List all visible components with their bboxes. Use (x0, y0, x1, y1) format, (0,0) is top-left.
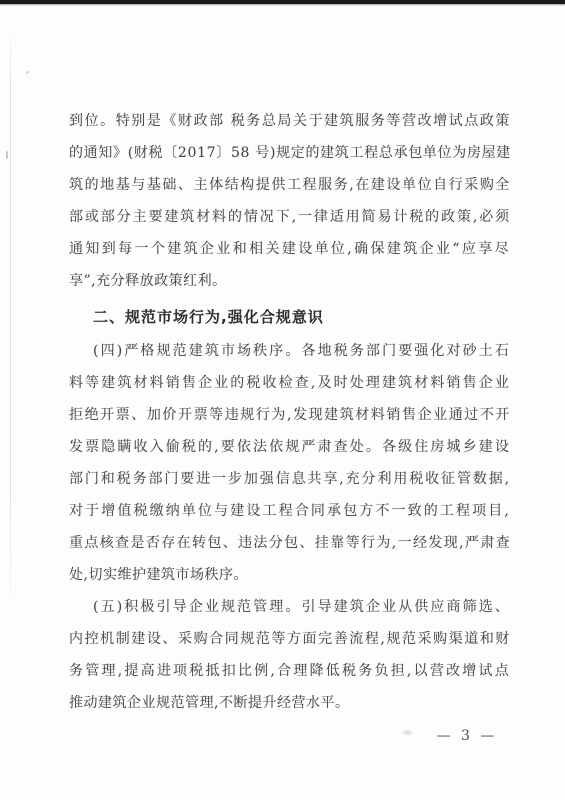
line-text: 料等建筑材料销售企业的税收检查,及时处理建筑材料销售企业 (69, 375, 511, 391)
text-line: 对于增值税缴纳单位与建设工程合同承包方不一致的工程项目, (69, 495, 511, 527)
page-number-text: — 3 — (437, 728, 498, 744)
scan-smudge (403, 730, 412, 735)
text-line: 的通知》(财税〔2017〕58 号)规定的建筑工程总承包单位为房屋建 (69, 137, 511, 169)
text-line: 筑的地基与基础、主体结构提供工程服务,在建设单位自行采购全 (69, 169, 511, 201)
line-text: 对于增值税缴纳单位与建设工程合同承包方不一致的工程项目, (69, 503, 511, 519)
fold-line-artifact (10, 26, 11, 626)
line-text: 筑的地基与基础、主体结构提供工程服务,在建设单位自行采购全 (69, 177, 511, 193)
document-page: 到位。特别是《财政部 税务总局关于建筑服务等营改增试点政策 的通知》(财税〔20… (0, 0, 565, 800)
line-text: 的通知》(财税〔2017〕58 号)规定的建筑工程总承包单位为房屋建 (69, 145, 511, 161)
scan-speck (26, 71, 29, 74)
text-line: 推动建筑企业规范管理,不断提升经营水平。 (69, 687, 511, 719)
line-text: 内控机制建设、采购合同规范等方面完善流程,规范采购渠道和财 (69, 631, 511, 647)
line-text: 推动建筑企业规范管理,不断提升经营水平。 (69, 695, 349, 711)
page-number: — 3 — (421, 722, 513, 750)
line-text: 到位。特别是《财政部 税务总局关于建筑服务等营改增试点政策 (69, 113, 511, 129)
line-text: 部门和税务部门要进一步加强信息共享,充分利用税收征管数据, (69, 471, 511, 487)
text-line: 务管理,提高进项税抵扣比例,合理降低税务负担,以营改增试点 (69, 655, 511, 687)
text-line: 拒绝开票、加价开票等违规行为,发现建筑材料销售企业通过不开 (69, 399, 511, 431)
text-line: (四)严格规范建筑市场秩序。各地税务部门要强化对砂土石 (69, 335, 511, 367)
line-text: 处,切实维护建筑市场秩序。 (69, 567, 248, 583)
text-line: 享”,充分释放政策红利。 (69, 265, 511, 297)
line-text: 发票隐瞒收入偷税的,要依法依规严肃查处。各级住房城乡建设 (69, 439, 511, 455)
section-heading-text: 二、规范市场行为,强化合规意识 (93, 308, 324, 326)
line-text: 重点核查是否存在转包、违法分包、挂靠等行为,一经发现,严肃查 (69, 535, 511, 551)
line-text: 部或部分主要建筑材料的情况下,一律适用简易计税的政策,必须 (69, 209, 511, 225)
scan-speck (6, 151, 8, 159)
line-text: 享”,充分释放政策红利。 (69, 273, 227, 289)
text-line: 处,切实维护建筑市场秩序。 (69, 559, 511, 591)
body-text: 到位。特别是《财政部 税务总局关于建筑服务等营改增试点政策 的通知》(财税〔20… (69, 0, 511, 719)
line-text: (五)积极引导企业规范管理。引导建筑企业从供应商筛选、 (93, 599, 511, 615)
section-heading: 二、规范市场行为,强化合规意识 (69, 301, 511, 333)
text-line: 料等建筑材料销售企业的税收检查,及时处理建筑材料销售企业 (69, 367, 511, 399)
line-text: 务管理,提高进项税抵扣比例,合理降低税务负担,以营改增试点 (69, 663, 511, 679)
text-line: 部或部分主要建筑材料的情况下,一律适用简易计税的政策,必须 (69, 201, 511, 233)
text-line: 通知到每一个建筑企业和相关建设单位,确保建筑企业“应享尽 (69, 233, 511, 265)
line-text: (四)严格规范建筑市场秩序。各地税务部门要强化对砂土石 (93, 343, 511, 359)
text-line: 重点核查是否存在转包、违法分包、挂靠等行为,一经发现,严肃查 (69, 527, 511, 559)
text-line: 内控机制建设、采购合同规范等方面完善流程,规范采购渠道和财 (69, 623, 511, 655)
line-text: 拒绝开票、加价开票等违规行为,发现建筑材料销售企业通过不开 (69, 407, 511, 423)
text-line: 部门和税务部门要进一步加强信息共享,充分利用税收征管数据, (69, 463, 511, 495)
text-line: (五)积极引导企业规范管理。引导建筑企业从供应商筛选、 (69, 591, 511, 623)
line-text: 通知到每一个建筑企业和相关建设单位,确保建筑企业“应享尽 (69, 241, 511, 257)
text-line: 到位。特别是《财政部 税务总局关于建筑服务等营改增试点政策 (69, 105, 511, 137)
text-line: 发票隐瞒收入偷税的,要依法依规严肃查处。各级住房城乡建设 (69, 431, 511, 463)
